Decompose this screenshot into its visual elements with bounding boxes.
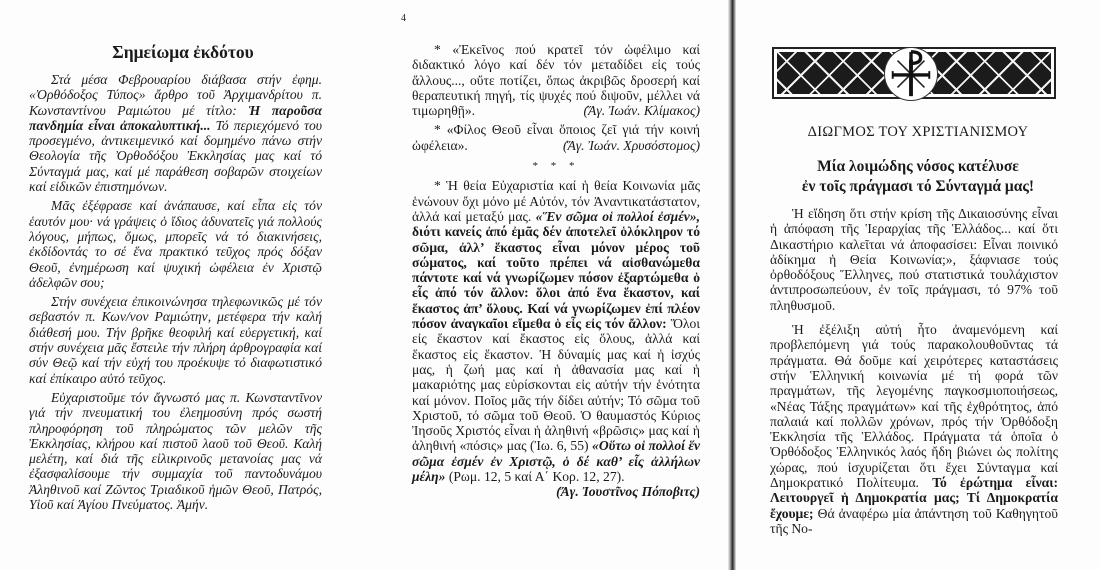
scripture-quote: «Ἕν σῶμα οἱ πολλοί ἐσμέν»,: [536, 209, 700, 224]
quote-attribution: (Ἅγ. Ἰωάν. Κλίμακος): [562, 103, 700, 118]
quote-block: * «Φίλος Θεοῦ εἶναι ὅποιος ζεῖ γιά τήν κ…: [412, 122, 700, 153]
paragraph: Ἡ εἴδηση ὅτι στήν κρίση τῆς Δικαιοσύνης …: [770, 206, 1058, 313]
quote-attribution: (Ἅγ. Ἰουστῖνος Πόποβιτς): [534, 484, 700, 499]
scripture-reference: (Ρωμ. 12, 5 καί Α΄ Κορ. 12, 27).: [445, 469, 624, 484]
bold-text-run: διότι κανείς ἀπό ἐμᾶς δέν ἀποτελεῖ ὁλόκλ…: [412, 224, 700, 331]
right-page: ΔΙΩΓΜΟΣ ΤΟΥ ΧΡΙΣΤΙΑΝΙΣΜΟΥ Μία λοιμώδης ν…: [736, 0, 1100, 570]
article-body: Ἡ εἴδηση ὅτι στήν κρίση τῆς Δικαιοσύνης …: [770, 206, 1058, 536]
section-separator: * * *: [412, 159, 700, 174]
paragraph: Στά μέσα Φεβρουαρίου διάβασα στήν ἐφημ. …: [29, 72, 322, 194]
paragraph: Ἡ ἐξέλιξη αὐτή ἦτο ἀναμενόμενη καί προβλ…: [770, 322, 1058, 536]
quote-block: * «Ἐκεῖνος πού κρατεῖ τόν ὠφέλιμο καί δι…: [412, 42, 700, 118]
page-number: 4: [401, 13, 406, 24]
editor-note-body: Στά μέσα Φεβρουαρίου διάβασα στήν ἐφημ. …: [29, 72, 322, 512]
paragraph: Εὐχαριστοῦμε τόν ἄγνωστό μας π. Κωνσταντ…: [29, 390, 322, 512]
text-run: Ὅλοι εἰς ἕκαστον καί ἕκαστος εἰς ὅλους, …: [412, 316, 700, 453]
paragraph: Μᾶς ἐξέφρασε καί ἀνάπαυσε, καί εἶπα εἰς …: [29, 198, 322, 290]
middle-page: 4 * «Ἐκεῖνος πού κρατεῖ τόν ὠφέλιμο καί …: [366, 0, 730, 570]
byzantine-ornament-banner: [772, 47, 1056, 99]
subtitle-line: Μία λοιμώδης νόσος κατέλυσε: [736, 157, 1100, 177]
text-run: Θά ἀναφέρω μία ἀπάντηση τοῦ Καθηγητοῦ τῆ…: [770, 506, 1058, 536]
main-paragraph: * Ἡ θεία Εὐχαριστία καί ἡ θεία Κοινωνία …: [412, 178, 700, 484]
article-title: ΔΙΩΓΜΟΣ ΤΟΥ ΧΡΙΣΤΙΑΝΙΣΜΟΥ: [736, 124, 1100, 141]
left-page: Σημείωμα ἐκδότου Στά μέσα Φεβρουαρίου δι…: [0, 0, 366, 570]
subtitle-line: ἐν τοῖς πράγμασι τό Σύνταγμά μας!: [736, 177, 1100, 197]
quotes-body: * «Ἐκεῖνος πού κρατεῖ τόν ὠφέλιμο καί δι…: [412, 42, 700, 500]
paragraph: Στήν συνέχεια ἐπικοινώνησα τηλεφωνικῶς μ…: [29, 294, 322, 386]
article-subtitle: Μία λοιμώδης νόσος κατέλυσε ἐν τοῖς πράγ…: [736, 157, 1100, 197]
quote-attribution: (Ἅγ. Ἰωάν. Χρυσόστομος): [541, 138, 700, 153]
editor-note-title: Σημείωμα ἐκδότου: [0, 42, 366, 63]
text-run: Ἡ ἐξέλιξη αὐτή ἦτο ἀναμενόμενη καί προβλ…: [770, 322, 1058, 490]
chi-rho-icon: [884, 47, 938, 101]
page-binding-divider: [728, 0, 736, 570]
